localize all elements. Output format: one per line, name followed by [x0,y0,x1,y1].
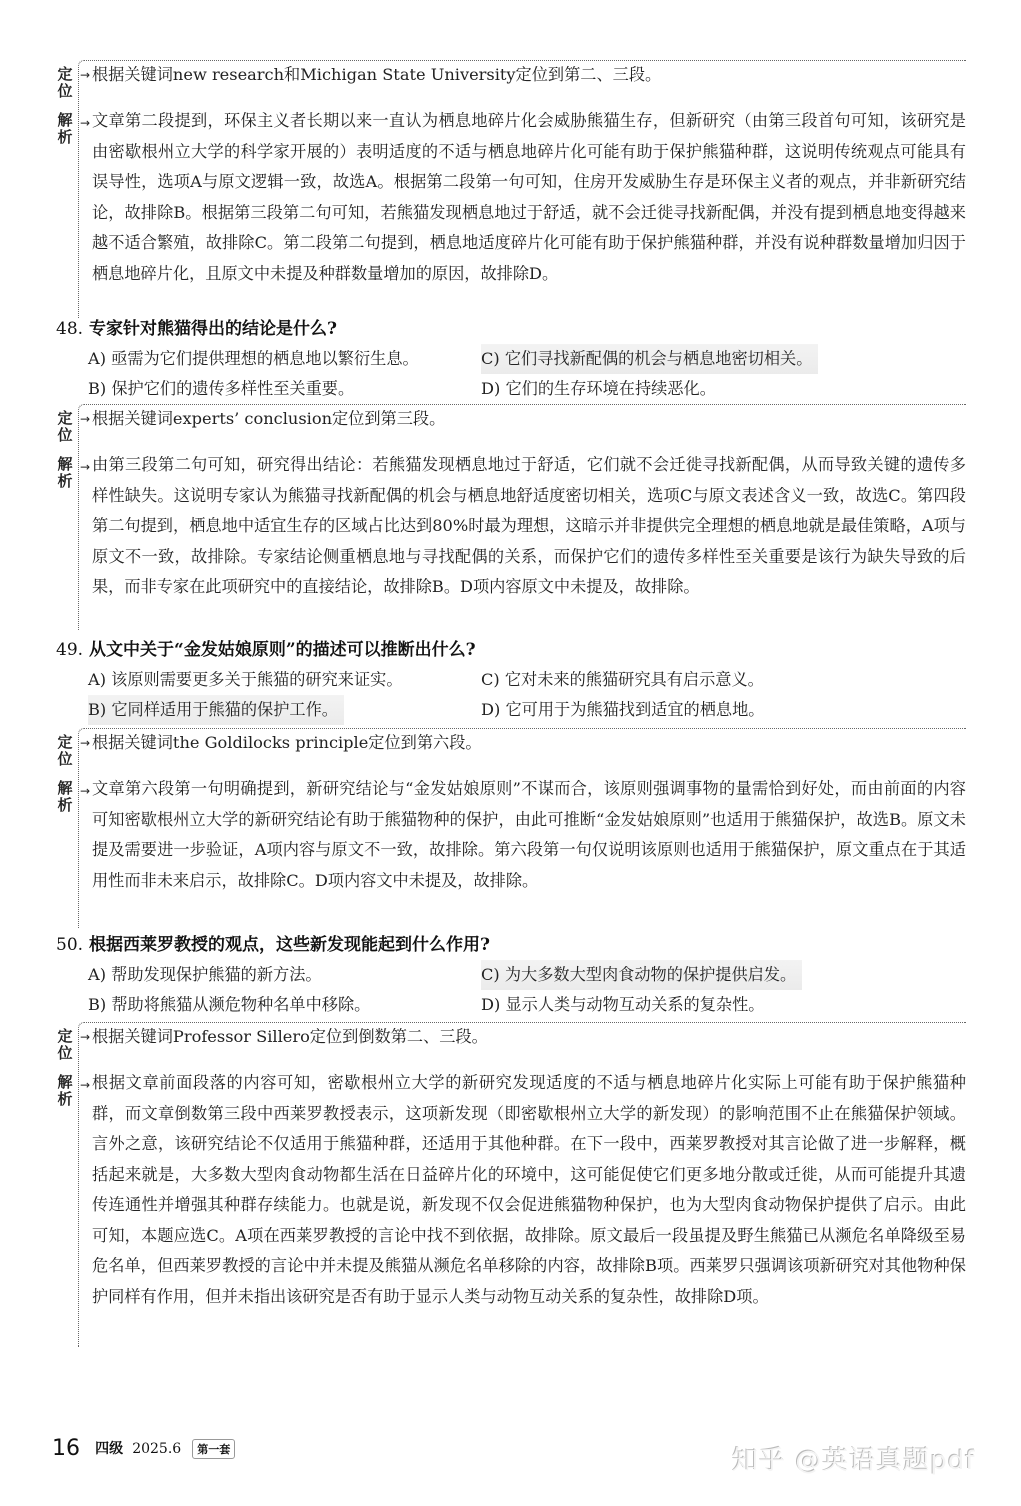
option-c[interactable]: C) 它们寻找新配偶的机会与栖息地密切相关。 [481,344,818,374]
option-c[interactable]: C) 它对未来的熊猫研究具有启示意义。 [481,665,764,695]
analysis-text: 文章第六段第一句明确提到，新研究结论与“金发姑娘原则”不谋而合，该原则强调事物的… [92,774,966,896]
question-text: 从文中关于“金发姑娘原则”的描述可以推断出什么? [89,640,476,660]
option-d[interactable]: D) 显示人类与动物互动关系的复杂性。 [481,990,764,1020]
page-number: 16 [52,1436,80,1461]
arrow-icon: → [80,413,90,425]
question-title: 50.根据西莱罗教授的观点，这些新发现能起到什么作用? [56,930,976,960]
analysis-text: 根据文章前面段落的内容可知，密歇根州立大学的新研究发现适度的不适与栖息地碎片化实… [92,1068,966,1312]
locate-text: 根据关键词new research和Michigan State Univers… [92,60,966,91]
question-number: 49. [56,640,83,660]
page-footer: 16 四级 2025.6 第一套 [52,1436,235,1461]
question-number: 48. [56,319,83,339]
arrow-icon: → [80,785,90,797]
option-d[interactable]: D) 它们的生存环境在持续恶化。 [481,374,716,404]
exam-answer-page: 定位 → 根据关键词new research和Michigan State Un… [0,0,1021,1506]
q48-explanation: 定位 → 根据关键词experts’ conclusion定位到第三段。 解析 … [78,404,966,630]
question-number: 50. [56,935,83,955]
locate-tag: 定位 [54,410,76,444]
question-49: 49.从文中关于“金发姑娘原则”的描述可以推断出什么? A) 该原则需要更多关于… [56,635,976,725]
q47-explanation: 定位 → 根据关键词new research和Michigan State Un… [78,60,966,318]
arrow-icon: → [80,1079,90,1091]
analysis-tag: 解析 [54,780,76,814]
option-a[interactable]: A) 该原则需要更多关于熊猫的研究来证实。 [88,665,403,695]
locate-text: 根据关键词Professor Sillero定位到倒数第二、三段。 [92,1022,966,1053]
locate-tag: 定位 [54,66,76,100]
arrow-icon: → [80,69,90,81]
locate-text: 根据关键词the Goldilocks principle定位到第六段。 [92,728,966,759]
watermark: 知乎 @英语真题pdf [732,1440,975,1477]
analysis-tag: 解析 [54,112,76,146]
analysis-text: 由第三段第二句可知，研究得出结论：若熊猫发现栖息地过于舒适，它们就不会迁徙寻找新… [92,450,966,603]
option-d[interactable]: D) 它可用于为熊猫找到适宜的栖息地。 [481,695,764,725]
question-48: 48.专家针对熊猫得出的结论是什么? A) 亟需为它们提供理想的栖息地以繁衍生息… [56,314,976,404]
exam-date: 2025.6 [132,1441,181,1457]
options: A) 帮助发现保护熊猫的新方法。 C) 为大多数大型肉食动物的保护提供启发。 B… [88,960,976,1020]
locate-tag: 定位 [54,734,76,768]
q49-explanation: 定位 → 根据关键词the Goldilocks principle定位到第六段… [78,728,966,928]
options: A) 亟需为它们提供理想的栖息地以繁衍生息。 C) 它们寻找新配偶的机会与栖息地… [88,344,976,404]
locate-text: 根据关键词experts’ conclusion定位到第三段。 [92,404,966,435]
question-title: 49.从文中关于“金发姑娘原则”的描述可以推断出什么? [56,635,976,665]
arrow-icon: → [80,461,90,473]
option-a[interactable]: A) 帮助发现保护熊猫的新方法。 [88,960,322,990]
analysis-tag: 解析 [54,456,76,490]
option-b[interactable]: B) 它同样适用于熊猫的保护工作。 [88,695,344,725]
exam-level: 四级 [95,1441,123,1457]
locate-tag: 定位 [54,1028,76,1062]
set-badge: 第一套 [192,1439,235,1459]
arrow-icon: → [80,1031,90,1043]
arrow-icon: → [80,117,90,129]
analysis-tag: 解析 [54,1074,76,1108]
question-title: 48.专家针对熊猫得出的结论是什么? [56,314,976,344]
option-a[interactable]: A) 亟需为它们提供理想的栖息地以繁衍生息。 [88,344,419,374]
option-c[interactable]: C) 为大多数大型肉食动物的保护提供启发。 [481,960,802,990]
options: A) 该原则需要更多关于熊猫的研究来证实。 C) 它对未来的熊猫研究具有启示意义… [88,665,976,725]
question-50: 50.根据西莱罗教授的观点，这些新发现能起到什么作用? A) 帮助发现保护熊猫的… [56,930,976,1020]
q50-explanation: 定位 → 根据关键词Professor Sillero定位到倒数第二、三段。 解… [78,1022,966,1347]
question-text: 根据西莱罗教授的观点，这些新发现能起到什么作用? [89,935,490,955]
arrow-icon: → [80,737,90,749]
analysis-text: 文章第二段提到，环保主义者长期以来一直认为栖息地碎片化会威胁熊猫生存，但新研究（… [92,106,966,289]
option-b[interactable]: B) 保护它们的遗传多样性至关重要。 [88,374,354,404]
question-text: 专家针对熊猫得出的结论是什么? [89,319,337,339]
option-b[interactable]: B) 帮助将熊猫从濒危物种名单中移除。 [88,990,370,1020]
